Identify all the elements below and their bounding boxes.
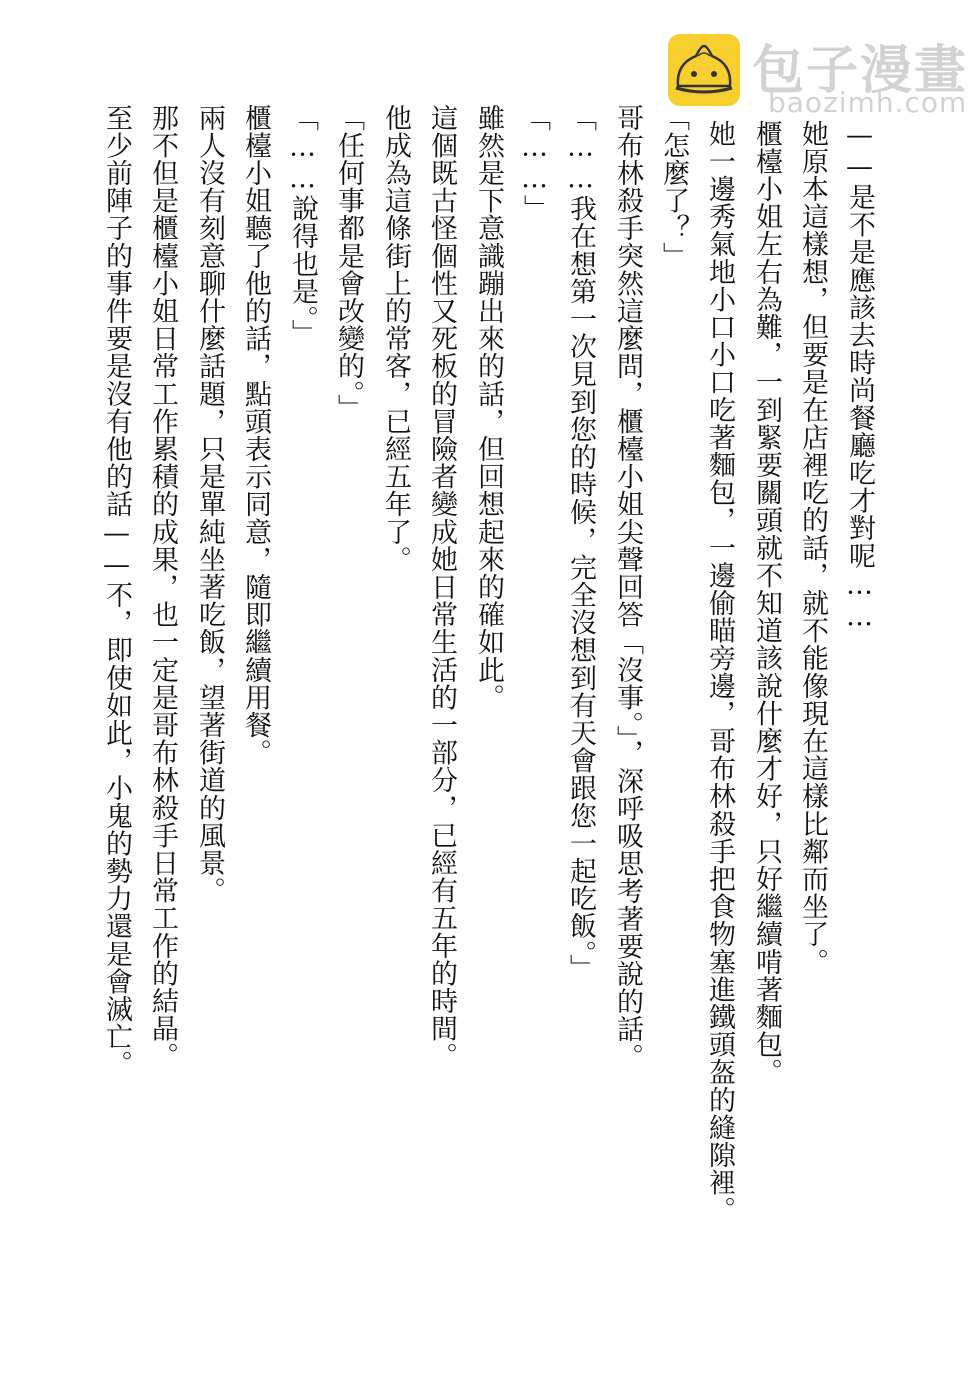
- text-column-6: 哥布林殺手突然這麼問，櫃檯小姐尖聲回答「沒事。」，深呼吸思考著要說的話。: [610, 104, 644, 1071]
- text-column-3: 櫃檯小姐左右為難，一到緊要關頭就不知道該說什麼才好，只好繼續啃著麵包。: [749, 120, 783, 1086]
- text-column-12: 「任何事都是會改變的。」: [331, 104, 365, 422]
- bun-logo-icon: [668, 34, 740, 106]
- text-column-2: 她原本這樣想，但要是在店裡吃的話，就不能像現在這樣比鄰而坐了。: [795, 120, 829, 976]
- text-column-14: 櫃檯小姐聽了他的話，點頭表示同意，隨即繼續用餐。: [238, 104, 272, 766]
- text-column-11: 他成為這條街上的常客，已經五年了。: [378, 104, 412, 573]
- text-column-7: 「……我在想第一次見到您的時候，完全沒想到有天會跟您一起吃飯。」: [563, 104, 597, 982]
- text-column-9: 雖然是下意識蹦出來的話，但回想起來的確如此。: [471, 104, 505, 711]
- text-column-1: ——是不是應該去時尚餐廳吃才對呢……: [842, 120, 876, 633]
- text-column-4: 她一邊秀氣地小口小口吃著麵包，一邊偷瞄旁邊，哥布林殺手把食物塞進鐵頭盔的縫隙裡。: [702, 120, 736, 1224]
- text-column-15: 兩人沒有刻意聊什麼話題，只是單純坐著吃飯，望著街道的風景。: [192, 104, 226, 904]
- text-column-16: 那不但是櫃檯小姐日常工作累積的成果，也一定是哥布林殺手日常工作的結晶。: [145, 104, 179, 1070]
- watermark: 包子漫畫 baozimh.com: [668, 34, 968, 114]
- text-column-13: 「……說得也是。」: [285, 104, 319, 347]
- text-column-17: 至少前陣子的事件要是沒有他的話——不，即使如此，小鬼的勢力還是會滅亡。: [99, 104, 133, 1078]
- text-column-5: 「怎麼了？」: [656, 104, 690, 270]
- text-column-10: 這個既古怪個性又死板的冒險者變成她日常生活的一部分，已經有五年的時間。: [424, 104, 458, 1070]
- watermark-url: baozimh.com: [768, 86, 967, 119]
- novel-page: 包子漫畫 baozimh.com ——是不是應該去時尚餐廳吃才對呢…… 她原本這…: [0, 0, 980, 1395]
- text-column-8: 「……」: [517, 104, 551, 222]
